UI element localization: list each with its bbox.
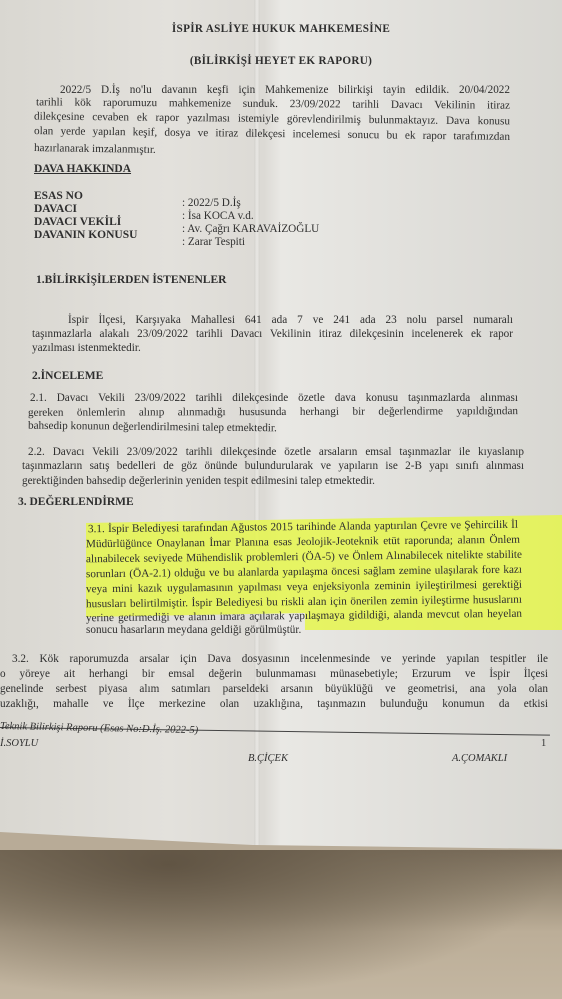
section-3-2-line-4: uzaklığı, mahalle ve İlçe merkezine olan… — [0, 698, 548, 711]
intro-line-4: olan yerde yapılan keşif, dosya ve itira… — [34, 125, 510, 144]
case-value-davaci: : İsa KOCA v.d. — [182, 210, 254, 223]
section-2-1-line-1: 2.1. Davacı Vekili 23/09/2022 tarihli di… — [30, 392, 518, 405]
section-3-2-line-3: genelinde serbest piyasa alım satımları … — [0, 683, 548, 696]
court-name: İSPİR ASLİYE HUKUK MAHKEMESİNE — [0, 23, 562, 36]
case-info-heading: DAVA HAKKINDA — [34, 163, 131, 176]
intro-line-2: tarihli kök raporumuzu mahkemenize sundu… — [36, 96, 510, 112]
case-label-vekil: DAVACI VEKİLİ — [34, 216, 121, 229]
section-2-1-line-3: bahsedip konunun değerlendirilmesini tal… — [28, 420, 277, 436]
case-label-davaci: DAVACI — [34, 203, 77, 216]
page-number: 1 — [541, 737, 546, 750]
section-3-1-line-8: sonucu hasarların meydana geldiği görülm… — [86, 624, 301, 637]
signer-3: A.ÇOMAKLI — [452, 752, 507, 765]
section-2-heading: 2.İNCELEME — [32, 370, 103, 383]
intro-line-5: hazırlanarak imzalanmıştır. — [34, 142, 156, 157]
section-1-heading: 1.BİLİRKİŞİLERDEN İSTENENLER — [36, 274, 226, 287]
section-3-2-line-2: o yöreye ait herhangi bir emsal değerin … — [0, 668, 548, 681]
section-3-heading: 3. DEĞERLENDİRME — [18, 496, 134, 509]
case-label-konu: DAVANIN KONUSU — [34, 229, 137, 242]
case-value-esas: : 2022/5 D.İş — [182, 197, 241, 210]
section-2-2-line-3: gerektiğinden bahsedip değerlerinin yeni… — [22, 475, 375, 488]
section-3-2-line-1: 3.2. Kök raporumuzda arsalar için Dava d… — [12, 653, 548, 666]
case-value-konu: : Zarar Tespiti — [182, 236, 245, 249]
section-2-2-line-2: taşınmazların satış bedelleri de göz önü… — [22, 460, 524, 473]
carpet-background — [0, 850, 562, 999]
signer-1: İ.SOYLU — [0, 737, 38, 750]
signer-2: B.ÇİÇEK — [248, 752, 288, 765]
section-1-line-2: taşınmazlarla alakalı 23/09/2022 tarihli… — [32, 328, 513, 341]
section-1-line-1: İspir İlçesi, Karşıyaka Mahallesi 641 ad… — [68, 314, 513, 327]
section-1-line-3: yazılması istenmektedir. — [32, 342, 141, 355]
footer-report-ref: Teknik Bilirkişi Raporu (Esas No:D.İş. 2… — [0, 720, 198, 737]
case-label-esas: ESAS NO — [34, 190, 83, 203]
intro-line-1: 2022/5 D.İş no'lu davanın keşfi için Mah… — [60, 84, 510, 97]
section-2-2-line-1: 2.2. Davacı Vekili 23/09/2022 tarihli di… — [28, 446, 524, 459]
document-page: İSPİR ASLİYE HUKUK MAHKEMESİNE (BİLİRKİŞ… — [0, 0, 562, 855]
report-title: (BİLİRKİŞİ HEYET EK RAPORU) — [0, 55, 562, 68]
section-2-1-line-2: gereken önlemlerin alınıp alınmadığı hus… — [28, 405, 518, 420]
case-value-vekil: : Av. Çağrı KARAVAİZOĞLU — [182, 223, 319, 236]
